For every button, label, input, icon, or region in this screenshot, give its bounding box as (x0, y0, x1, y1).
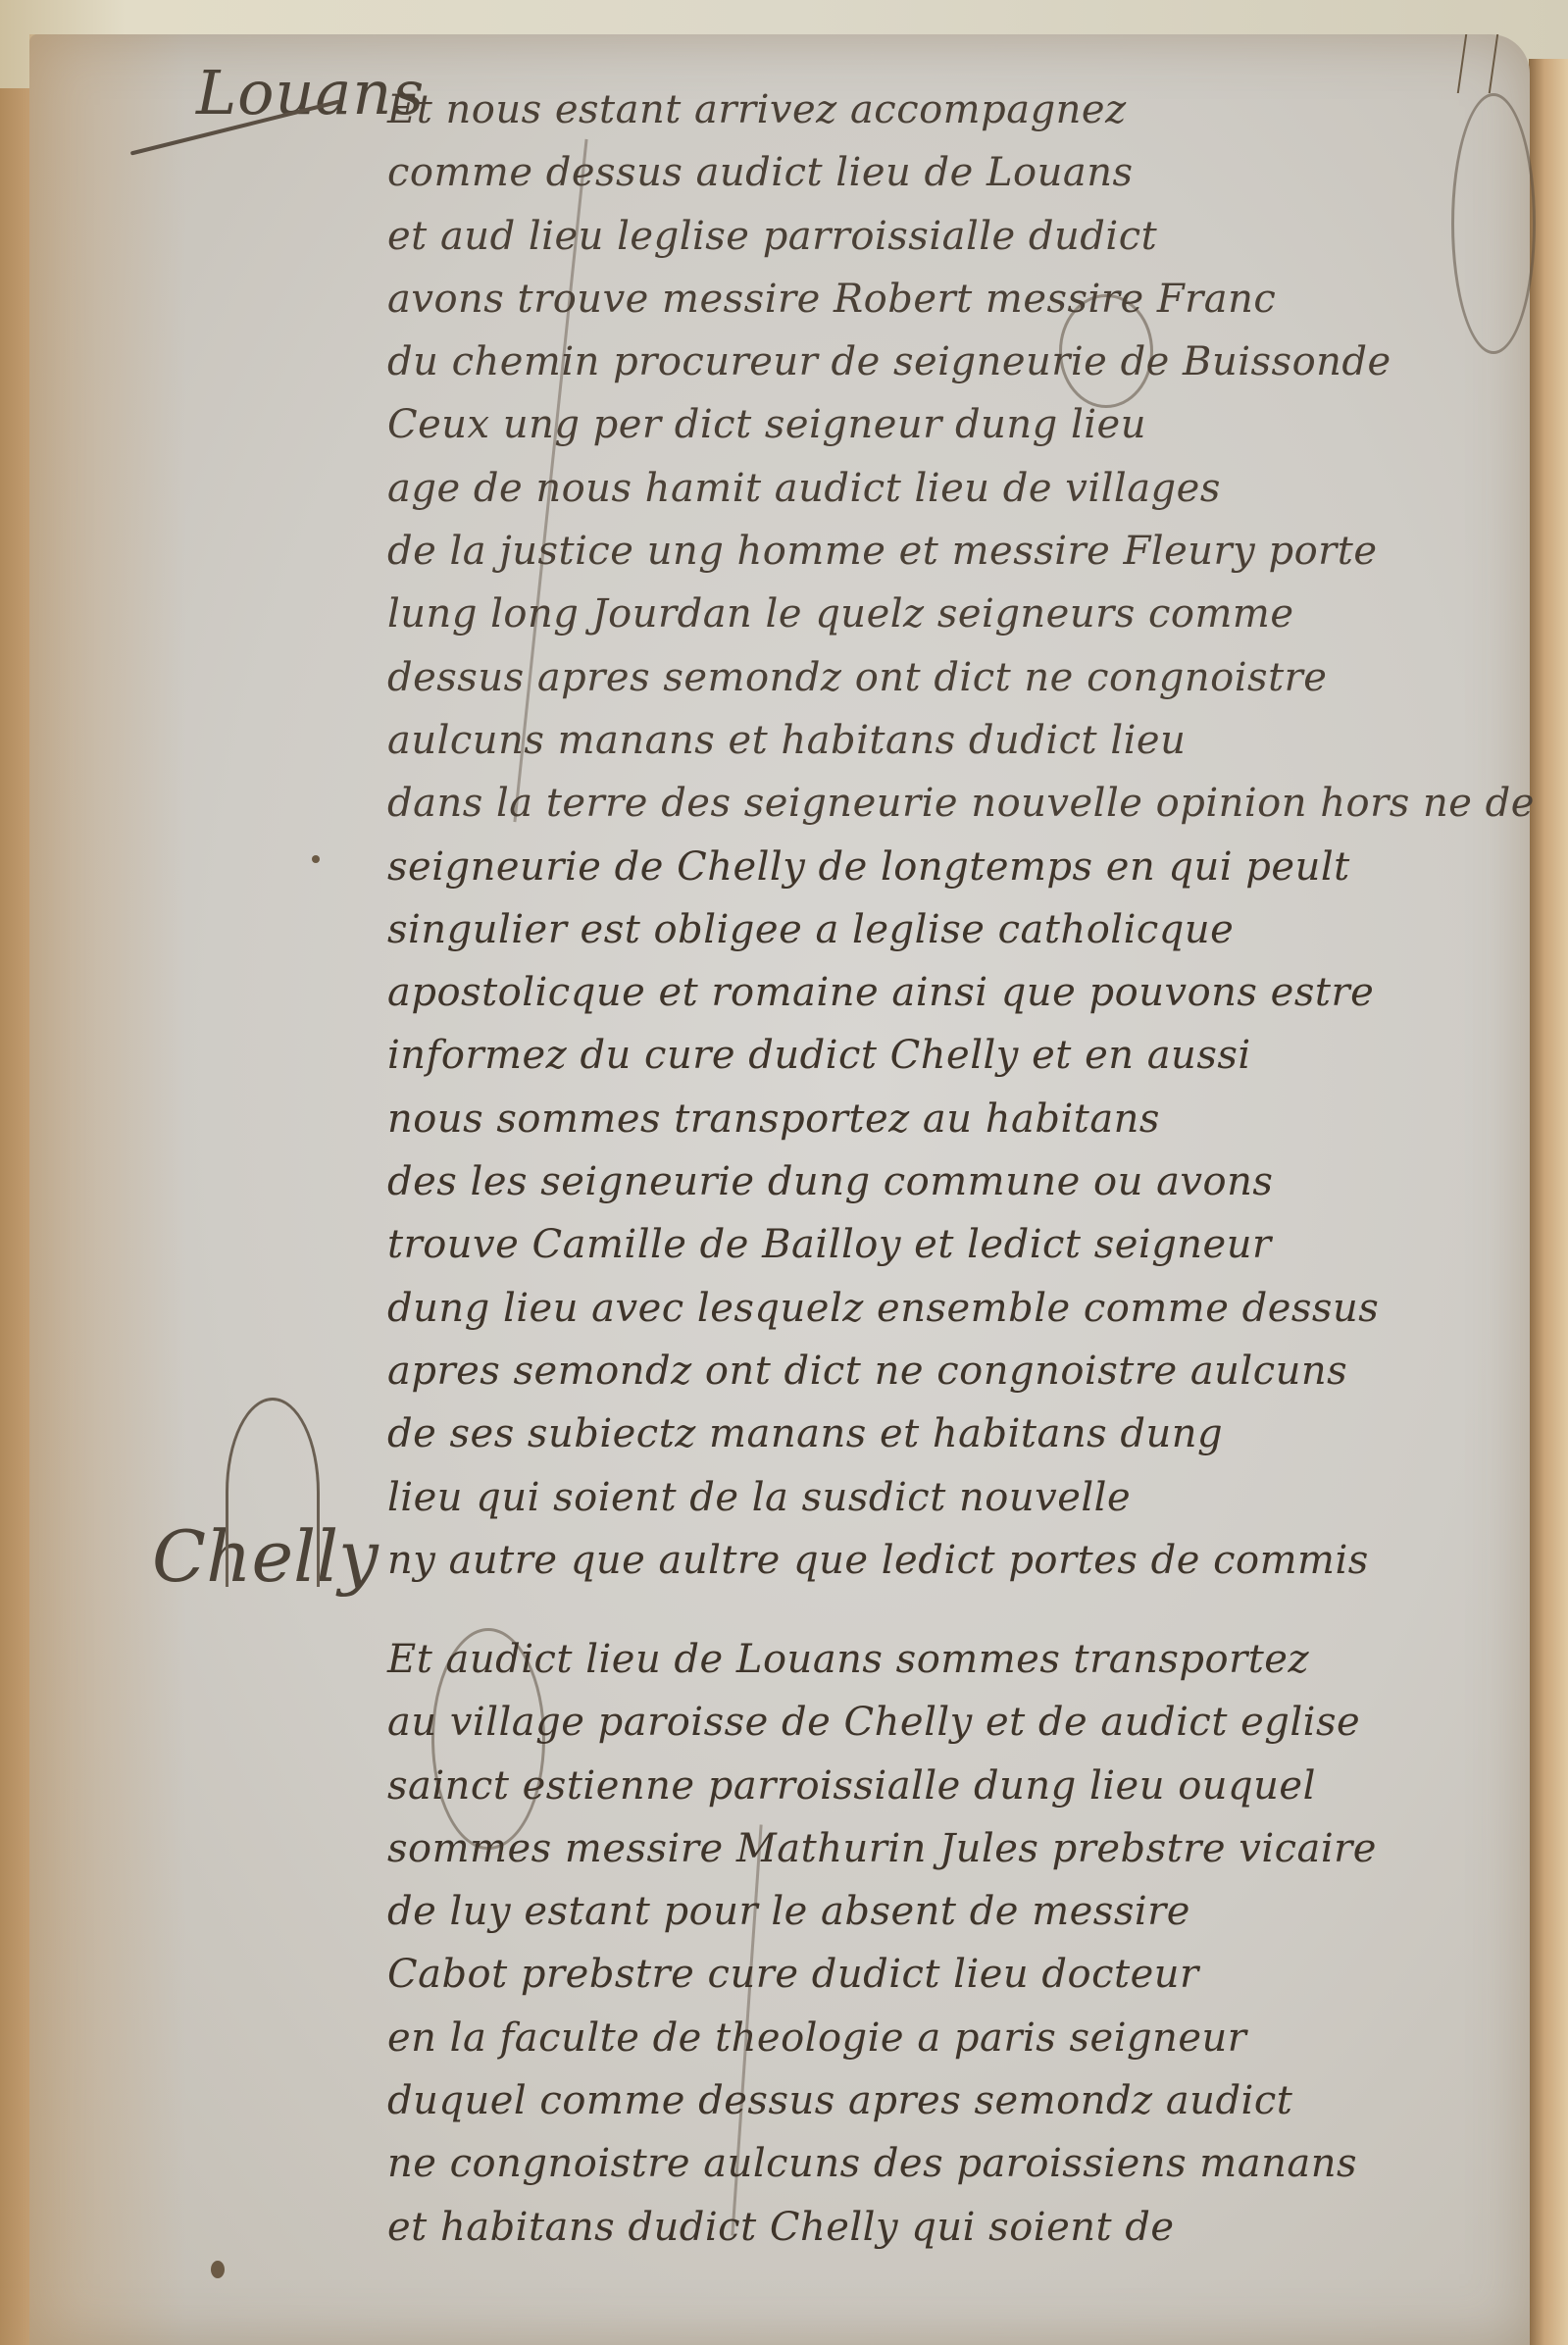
text-line: aulcuns manans et habitans dudict lieu (387, 709, 1535, 772)
text-line: nous sommes transportez au habitans (387, 1088, 1535, 1150)
text-line: apostolicque et romaine ainsi que pouvon… (387, 961, 1535, 1024)
text-line: sommes messire Mathurin Jules prebstre v… (387, 1817, 1535, 1880)
text-line: age de nous hamit audict lieu de village… (387, 457, 1535, 520)
text-line: apres semondz ont dict ne congnoistre au… (387, 1340, 1535, 1402)
ink-stain (211, 2261, 225, 2278)
text-line: en la faculte de theologie a paris seign… (387, 2007, 1535, 2069)
text-line: avons trouve messire Robert messire Fran… (387, 268, 1535, 331)
text-line: Ceux ung per dict seigneur dung lieu (387, 393, 1535, 456)
text-line: et aud lieu leglise parroissialle dudict (387, 205, 1535, 268)
text-line: de la justice ung homme et messire Fleur… (387, 520, 1535, 583)
text-line: de luy estant pour le absent de messire (387, 1880, 1535, 1943)
text-line: trouve Camille de Bailloy et ledict seig… (387, 1213, 1535, 1276)
text-line: lung long Jourdan le quelz seigneurs com… (387, 583, 1535, 645)
text-line: ny autre que aultre que ledict portes de… (387, 1529, 1535, 1592)
margin-note-middle: Chelly (152, 1515, 379, 1598)
text-line: au village paroisse de Chelly et de audi… (387, 1691, 1535, 1754)
text-line: Et audict lieu de Louans sommes transpor… (387, 1628, 1535, 1691)
text-line: et habitans dudict Chelly qui soient de (387, 2196, 1535, 2259)
text-line: Cabot prebstre cure dudict lieu docteur (387, 1943, 1535, 2006)
text-line: des les seigneurie dung commune ou avons (387, 1150, 1535, 1213)
text-line: duquel comme dessus apres semondz audict (387, 2069, 1535, 2132)
text-line: dung lieu avec lesquelz ensemble comme d… (387, 1277, 1535, 1340)
book-cover-right-edge (1529, 59, 1568, 2345)
text-line: du chemin procureur de seigneurie de Bui… (387, 331, 1535, 393)
text-line: Et nous estant arrivez accompagnez (387, 78, 1535, 141)
text-line: dessus apres semondz ont dict ne congnoi… (387, 646, 1535, 709)
ink-spot (312, 855, 320, 863)
text-line: dans la terre des seigneurie nouvelle op… (387, 772, 1535, 835)
text-line: singulier est obligee a leglise catholic… (387, 898, 1535, 961)
manuscript-text-lower: Et audict lieu de Louans sommes transpor… (387, 1628, 1535, 2259)
text-line: ne congnoistre aulcuns des paroissiens m… (387, 2132, 1535, 2195)
text-line: seigneurie de Chelly de longtemps en qui… (387, 836, 1535, 898)
text-line: sainct estienne parroissialle dung lieu … (387, 1755, 1535, 1817)
manuscript-text-upper: Et nous estant arrivez accompagnez comme… (387, 78, 1535, 1592)
text-line: de ses subiectz manans et habitans dung (387, 1402, 1535, 1465)
text-line: comme dessus audict lieu de Louans (387, 141, 1535, 204)
text-line: lieu qui soient de la susdict nouvelle (387, 1466, 1535, 1529)
text-line: informez du cure dudict Chelly et en aus… (387, 1024, 1535, 1087)
